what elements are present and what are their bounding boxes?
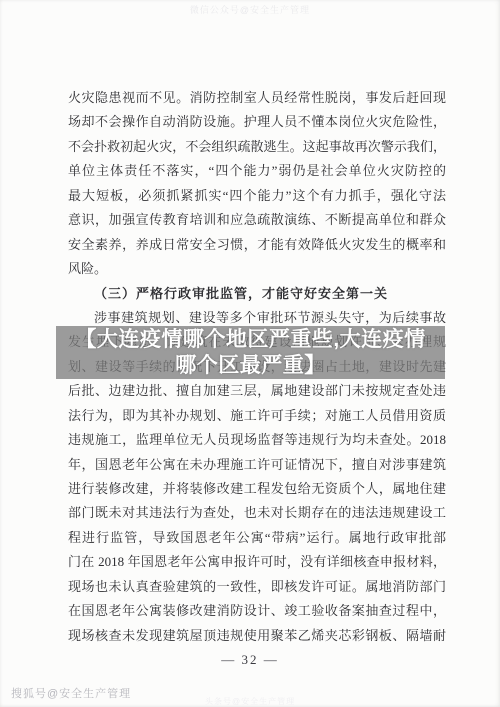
text-line: 违规施工，监理单位无人员现场监督等违规行为均未查处。2018 — [68, 428, 446, 452]
paragraph-1: 火灾隐患视而不见。消防控制室人员经常性脱岗，事发后赶回现场却不会操作自动消防设施… — [68, 86, 446, 257]
text-line: 法行为，即为其补办规划、施工许可手续；对施工人员借用资质 — [68, 404, 446, 428]
text-line: 风险。 — [68, 257, 446, 281]
watermark-bottom-center: 头条号@安全生产管理 — [205, 696, 295, 707]
watermark-bottom-left: 搜狐号@安全生产管理 — [11, 685, 131, 701]
text-line: 现场也未认真查验建筑的一致性，即核发许可证。属地消防部门 — [68, 575, 446, 599]
text-line: 门在 2018 年国恩老年公寓申报许可时，没有详细核查申报材料， — [68, 550, 446, 574]
text-line: 现场核查未发现建筑屋顶违规使用聚苯乙烯夹芯彩钢板、隔墙耐 — [68, 624, 446, 648]
text-line: 最大短板，必须抓紧抓实“四个能力”这个有力抓手，强化守法 — [68, 184, 446, 208]
text-line: 安全素养，养成日常安全习惯，才能有效降低火灾发生的概率和 — [68, 233, 446, 257]
text-line: 意识，加强宣传教育培训和应急疏散演练、不断提高单位和群众 — [68, 208, 446, 232]
document-page: 微信公众号@安全生产管理 火灾隐患视而不见。消防控制室人员经常性脱岗，事发后赶回… — [0, 0, 500, 707]
overlay-title-line-2: 哪个区最严重】 — [175, 353, 326, 379]
section-heading: （三）严格行政审批监管，才能守好安全第一关 — [68, 282, 446, 306]
text-line: 后批、边建边批、擅自加建三层，属地建设部门未按规定查处违 — [68, 379, 446, 403]
text-line: 场却不会操作自动消防设施。护理人员不懂本岗位火灾危险性， — [68, 110, 446, 134]
text-line: 年，国恩老年公寓在未办理施工许可证情况下，擅自对涉事建筑 — [68, 453, 446, 477]
text-line: 单位主体责任不落实，“四个能力”弱仍是社会单位火灾防控的 — [68, 159, 446, 183]
overlay-title-line-1: 【大连疫情哪个地区严重些,大连疫情 — [75, 327, 425, 353]
watermark-top: 微信公众号@安全生产管理 — [0, 3, 500, 16]
text-line: 火灾隐患视而不见。消防控制室人员经常性脱岗，事发后赶回现 — [68, 86, 446, 110]
page-number: — 32 — — [0, 652, 500, 668]
text-line: 部门既未对其违法行为查处，也未对长期存在的违法违规建设工 — [68, 501, 446, 525]
seo-title-overlay[interactable]: 【大连疫情哪个地区严重些,大连疫情 哪个区最严重】 — [56, 326, 445, 379]
text-line: 不会扑救初起火灾，不会组织疏散逃生。这起事故再次警示我们， — [68, 135, 446, 159]
text-line: 在国恩老年公寓装修改建消防设计、竣工验收备案抽查过程中， — [68, 599, 446, 623]
text-line: 程进行监管，导致国恩老年公寓“带病”运行。属地行政审批部 — [68, 526, 446, 550]
text-line: 进行装修改建，并将装修改建工程发包给无资质个人，属地住建 — [68, 477, 446, 501]
